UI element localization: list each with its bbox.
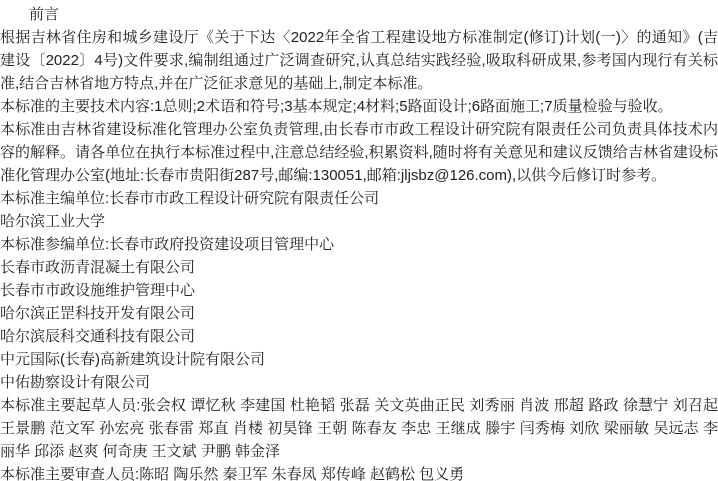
technical-content-paragraph: 本标准的主要技术内容:1总则;2术语和符号;3基本规定;4材料;5路面设计;6路…: [0, 95, 718, 118]
participating-unit-6: 中元国际(长春)高新建筑设计院有限公司: [0, 348, 718, 371]
participating-unit-7: 中佑勘察设计有限公司: [0, 371, 718, 394]
participating-unit-5: 哈尔滨辰科交通科技有限公司: [0, 325, 718, 348]
participating-unit-2: 长春市政沥青混凝土有限公司: [0, 256, 718, 279]
participating-unit-line: 本标准参编单位:长春市政府投资建设项目管理中心: [0, 233, 718, 256]
participating-unit-4: 哈尔滨正罡科技开发有限公司: [0, 302, 718, 325]
participating-unit-3: 长春市市政设施维护管理中心: [0, 279, 718, 302]
basis-paragraph: 根据吉林省住房和城乡建设厅《关于下达〈2022年全省工程建设地方标准制定(修订)…: [0, 26, 718, 95]
reviewers-paragraph: 本标准主要审查人员:陈昭 陶乐然 秦卫军 朱春凤 郑传峰 赵鹤松 包义勇: [0, 463, 718, 481]
chief-editing-unit-line: 本标准主编单位:长春市市政工程设计研究院有限责任公司: [0, 187, 718, 210]
chief-editing-unit-2: 哈尔滨工业大学: [0, 210, 718, 233]
management-paragraph: 本标准由吉林省建设标准化管理办公室负责管理,由长春市市政工程设计研究院有限责任公…: [0, 118, 718, 187]
preface-title: 前言: [0, 3, 718, 26]
preface-document: 前言 根据吉林省住房和城乡建设厅《关于下达〈2022年全省工程建设地方标准制定(…: [0, 0, 718, 481]
drafters-paragraph: 本标准主要起草人员:张会权 谭忆秋 李建国 杜艳韬 张磊 关文英曲正民 刘秀丽 …: [0, 394, 718, 463]
